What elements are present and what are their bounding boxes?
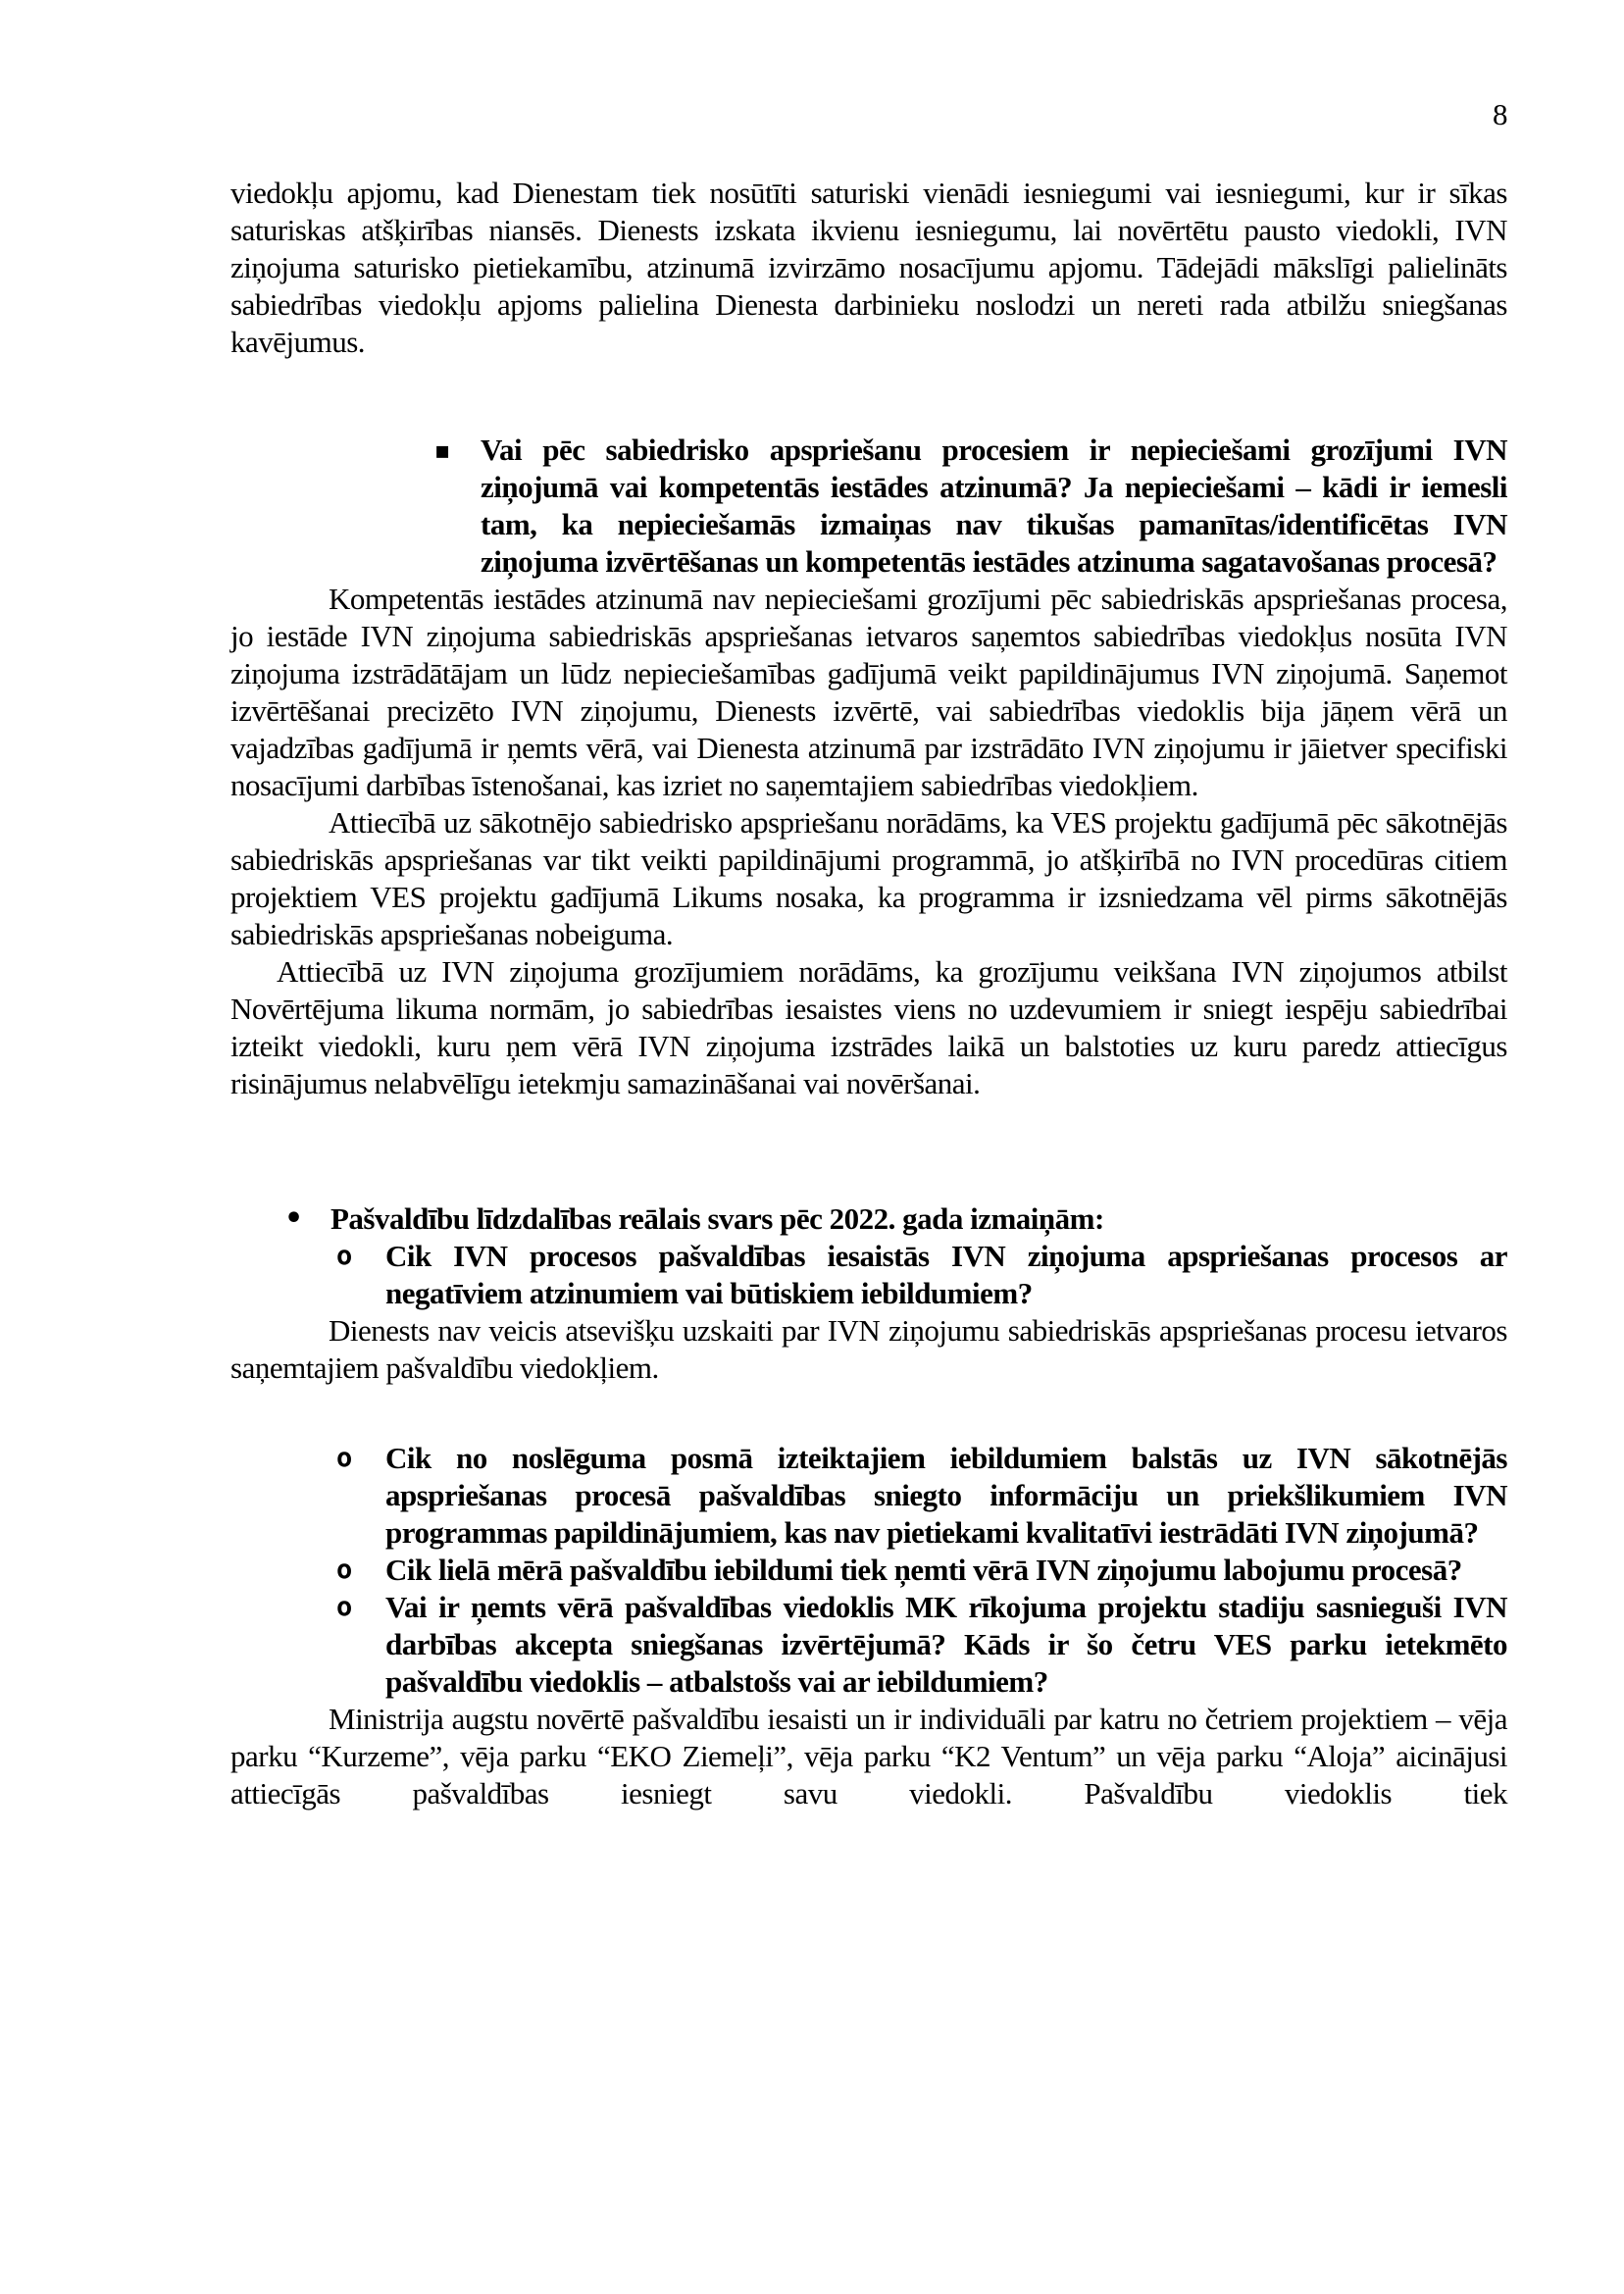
disc-bullet-text: Pašvaldību līdzdalības reālais svars pēc… (330, 1201, 1104, 1236)
square-bullet-icon: ▪ (434, 432, 450, 469)
paragraph: Ministrija augstu novērtē pašvaldību ies… (230, 1701, 1507, 1812)
paragraph: Attiecībā uz sākotnējo sabiedrisko apspr… (230, 804, 1507, 953)
circle-bullet-icon: o (336, 1552, 352, 1589)
circle-bullet-item: o Cik no noslēguma posmā izteiktajiem ie… (336, 1440, 1507, 1552)
document-page: 8 viedokļu apjomu, kad Dienestam tiek no… (0, 0, 1624, 2294)
circle-bullet-icon: o (336, 1440, 352, 1477)
circle-bullet-text: Vai ir ņemts vērā pašvaldības viedoklis … (385, 1590, 1507, 1699)
circle-bullet-item: o Cik lielā mērā pašvaldību iebildumi ti… (336, 1552, 1507, 1589)
circle-bullet-item: o Vai ir ņemts vērā pašvaldības viedokli… (336, 1589, 1507, 1701)
circle-bullet-icon: o (336, 1238, 352, 1275)
circle-bullet-item: o Cik IVN procesos pašvaldības iesaistās… (336, 1238, 1507, 1312)
paragraph: Dienests nav veicis atsevišķu uzskaiti p… (230, 1312, 1507, 1387)
circle-bullet-text: Cik IVN procesos pašvaldības iesaistās I… (385, 1239, 1507, 1310)
disc-bullet-item: • Pašvaldību līdzdalības reālais svars p… (284, 1200, 1507, 1238)
paragraph: Attiecībā uz IVN ziņojuma grozījumiem no… (230, 953, 1507, 1102)
page-content: 8 viedokļu apjomu, kad Dienestam tiek no… (230, 96, 1507, 1812)
page-number: 8 (230, 96, 1507, 133)
circle-bullet-text: Cik no noslēguma posmā izteiktajiem iebi… (385, 1441, 1507, 1550)
square-bullet-text: Vai pēc sabiedrisko apspriešanu procesie… (481, 433, 1507, 579)
square-bullet-item: ▪ Vai pēc sabiedrisko apspriešanu proces… (434, 432, 1507, 581)
disc-bullet-icon: • (284, 1200, 303, 1238)
paragraph-continuation: viedokļu apjomu, kad Dienestam tiek nosū… (230, 175, 1507, 361)
circle-bullet-icon: o (336, 1589, 352, 1626)
paragraph: Kompetentās iestādes atzinumā nav nepiec… (230, 581, 1507, 804)
circle-bullet-text: Cik lielā mērā pašvaldību iebildumi tiek… (385, 1553, 1462, 1587)
